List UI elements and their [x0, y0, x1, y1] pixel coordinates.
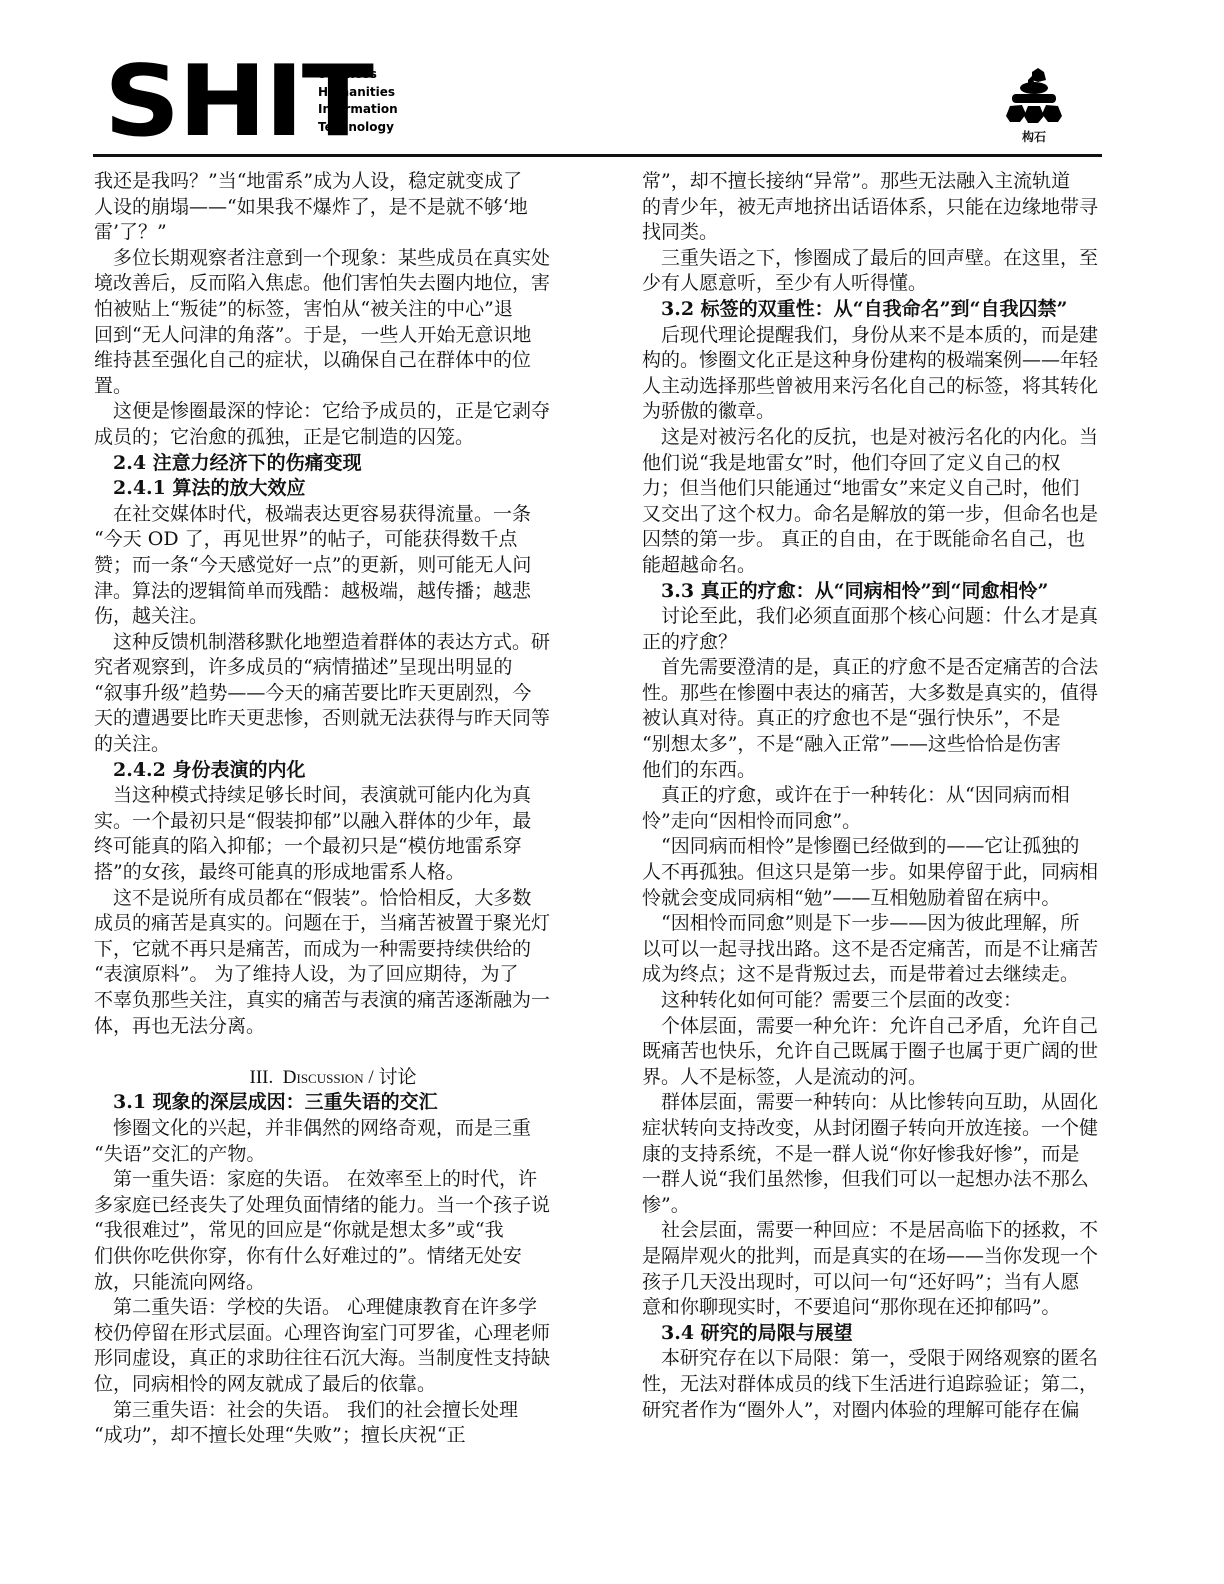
text-line: 真正的疗愈，或许在于一种转化：从“因同病而相	[642, 783, 1120, 809]
text-line: 被认真对待。真正的疗愈也不是“强行快乐”，不是	[642, 706, 1120, 732]
text-line: 下，它就不再只是痛苦，而成为一种需要持续供给的	[94, 937, 572, 963]
text-line: 这种反馈机制潜移默化地塑造着群体的表达方式。研	[94, 630, 572, 656]
text-line: 研究者作为“圈外人”，对圈内体验的理解可能存在偏	[642, 1398, 1120, 1424]
paragraph-transform: 真正的疗愈，或许在于一种转化：从“因同病而相 怜”走向“因相怜而同愈”。	[642, 783, 1120, 834]
text-line: 雷’了？”	[94, 220, 572, 246]
text-line: 这便是惨圈最深的悖论：它给予成员的，正是它剥夺	[94, 399, 572, 425]
stone-pile-mark: 构石	[1002, 66, 1066, 146]
paragraph-heal-together: “因相怜而同愈”则是下一步——因为彼此理解，所 以可以一起寻找出路。这不是否定痛…	[642, 911, 1120, 988]
paragraph-question: 讨论至此，我们必须直面那个核心问题：什么才是真 正的疗愈？	[642, 604, 1120, 655]
paragraph-society-cont: 常”，却不擅长接纳“异常”。那些无法融入主流轨道 的青少年，被无声地挤出话语体系…	[642, 169, 1120, 246]
text-line: 第二重失语：学校的失语。 心理健康教育在许多学	[94, 1295, 572, 1321]
heading-2-4-1: 2.4.1 算法的放大效应	[94, 476, 572, 502]
text-line: 正的疗愈？	[642, 630, 1120, 656]
text-line: 他们说“我是地雷女”时，他们夺回了定义自己的权	[642, 451, 1120, 477]
heading-2-4-2: 2.4.2 身份表演的内化	[94, 758, 572, 784]
text-line: 成员的；它治愈的孤独，正是它制造的囚笼。	[94, 425, 572, 451]
text-line: 搭”的女孩，最终可能真的形成地雷系人格。	[94, 860, 572, 886]
paragraph-identity: 我还是我吗？”当“地雷系”成为人设，稳定就变成了 人设的崩塌——“如果我不爆炸了…	[94, 169, 572, 246]
section-title-en: Discussion	[283, 1067, 364, 1088]
section-separator: /	[364, 1067, 379, 1088]
text-line: 囚禁的第一步。 真正的自由，在于既能命名自己，也	[642, 527, 1120, 553]
left-column: 我还是我吗？”当“地雷系”成为人设，稳定就变成了 人设的崩塌——“如果我不爆炸了…	[94, 169, 572, 1449]
paragraph-how: 这种转化如何可能？需要三个层面的改变：	[642, 988, 1120, 1014]
journal-logo-subtitle: Sciences Humanities Information Technolo…	[318, 66, 398, 136]
text-line: “表演原料”。 为了维持人设，为了回应期待，为了	[94, 962, 572, 988]
heading-3-1: 3.1 现象的深层成因：三重失语的交汇	[94, 1090, 572, 1116]
text-line: 置。	[94, 374, 572, 400]
text-line: 以可以一起寻找出路。这不是否定痛苦，而是不让痛苦	[642, 937, 1120, 963]
text-line: 惨”。	[642, 1193, 1120, 1219]
text-line: 伤，越关注。	[94, 604, 572, 630]
text-line: 个体层面，需要一种允许：允许自己矛盾，允许自己	[642, 1014, 1120, 1040]
text-line: 第一重失语：家庭的失语。 在效率至上的时代，许	[94, 1167, 572, 1193]
paragraph-rise: 惨圈文化的兴起，并非偶然的网络奇观，而是三重 “失语”交汇的产物。	[94, 1116, 572, 1167]
paragraph-resist: 这是对被污名化的反抗，也是对被污名化的内化。当 他们说“我是地雷女”时，他们夺回…	[642, 425, 1120, 579]
text-line: 这种转化如何可能？需要三个层面的改变：	[642, 988, 1120, 1014]
text-line: 性。那些在惨圈中表达的痛苦，大多数是真实的，值得	[642, 681, 1120, 707]
text-line: 第三重失语：社会的失语。 我们的社会擅长处理	[94, 1398, 572, 1424]
stone-pile-icon	[1002, 66, 1066, 128]
text-line: “别想太多”，不是“融入正常”——这些恰恰是伤害	[642, 732, 1120, 758]
journal-header: SHIT Sciences Humanities Information Tec…	[94, 62, 1102, 152]
paragraph-society: 第三重失语：社会的失语。 我们的社会擅长处理 “成功”，却不擅长处理“失败”；擅…	[94, 1398, 572, 1449]
text-line: 意和你聊现实时，不要追问“那你现在还抑郁吗”。	[642, 1295, 1120, 1321]
text-line: 位，同病相怜的网友就成了最后的依靠。	[94, 1372, 572, 1398]
text-line: 多家庭已经丧失了处理负面情绪的能力。当一个孩子说	[94, 1193, 572, 1219]
text-line: 他们的东西。	[642, 758, 1120, 784]
logo-word: Technology	[318, 119, 398, 137]
text-line: 症状转向支持改变，从封闭圈子转向开放连接。一个健	[642, 1116, 1120, 1142]
text-line: 康的支持系统，不是一群人说“你好惨我好惨”，而是	[642, 1142, 1120, 1168]
text-line: 怕被贴上“叛徒”的标签，害怕从“被关注的中心”退	[94, 297, 572, 323]
text-line: “因相怜而同愈”则是下一步——因为彼此理解，所	[642, 911, 1120, 937]
paragraph-individual: 个体层面，需要一种允许：允许自己矛盾，允许自己 既痛苦也快乐，允许自己既属于圈子…	[642, 1014, 1120, 1091]
right-column: 常”，却不擅长接纳“异常”。那些无法融入主流轨道 的青少年，被无声地挤出话语体系…	[642, 169, 1120, 1423]
paragraph-social: 社会层面，需要一种回应：不是居高临下的拯救，不 是隔岸观火的批判，而是真实的在场…	[642, 1218, 1120, 1320]
text-line: 人不再孤独。但这只是第一步。如果停留于此，同病相	[642, 860, 1120, 886]
text-line: 惨圈文化的兴起，并非偶然的网络奇观，而是三重	[94, 1116, 572, 1142]
mark-label: 构石	[1002, 128, 1066, 145]
text-line: 力；但当他们只能通过“地雷女”来定义自己时，他们	[642, 476, 1120, 502]
text-line: 找同类。	[642, 220, 1120, 246]
paragraph-same-illness: “因同病而相怜”是惨圈已经做到的——它让孤独的 人不再孤独。但这只是第一步。如果…	[642, 834, 1120, 911]
text-line: 成为终点；这不是背叛过去，而是带着过去继续走。	[642, 962, 1120, 988]
text-line: 群体层面，需要一种转向：从比惨转向互助，从固化	[642, 1090, 1120, 1116]
paragraph-limits: 本研究存在以下局限：第一，受限于网络观察的匿名 性，无法对群体成员的线下生活进行…	[642, 1346, 1120, 1423]
text-line: 孩子几天没出现时，可以问一句“还好吗”；当有人愿	[642, 1270, 1120, 1296]
text-line: 社会层面，需要一种回应：不是居高临下的拯救，不	[642, 1218, 1120, 1244]
text-line: 人主动选择那些曾被用来污名化自己的标签，将其转化	[642, 374, 1120, 400]
text-line: 后现代理论提醒我们，身份从来不是本质的，而是建	[642, 323, 1120, 349]
text-line: 这不是说所有成员都在“假装”。恰恰相反，大多数	[94, 886, 572, 912]
text-line: 是隔岸观火的批判，而是真实的在场——当你发现一个	[642, 1244, 1120, 1270]
text-line: 怜”走向“因相怜而同愈”。	[642, 809, 1120, 835]
heading-3-4: 3.4 研究的局限与展望	[642, 1321, 1120, 1347]
paragraph-not-pretend: 这不是说所有成员都在“假装”。恰恰相反，大多数 成员的痛苦是真实的。问题在于，当…	[94, 886, 572, 1040]
text-line: 首先需要澄清的是，真正的疗愈不是否定痛苦的合法	[642, 655, 1120, 681]
text-line: 形同虚设，真正的求助往往石沉大海。当制度性支持缺	[94, 1346, 572, 1372]
text-line: 性，无法对群体成员的线下生活进行追踪验证；第二，	[642, 1372, 1120, 1398]
section-numeral: III.	[250, 1067, 274, 1088]
text-line: 体，再也无法分离。	[94, 1014, 572, 1040]
text-line: 本研究存在以下局限：第一，受限于网络观察的匿名	[642, 1346, 1120, 1372]
paragraph-observers: 多位长期观察者注意到一个现象：某些成员在真实处 境改善后，反而陷入焦虑。他们害怕…	[94, 246, 572, 400]
text-line: “我很难过”，常见的回应是“你就是想太多”或“我	[94, 1218, 572, 1244]
text-line: 放，只能流向网络。	[94, 1270, 572, 1296]
text-line: 天的遭遇要比昨天更悲惨，否则就无法获得与昨天同等	[94, 706, 572, 732]
text-line: 我还是我吗？”当“地雷系”成为人设，稳定就变成了	[94, 169, 572, 195]
text-line: 校仍停留在形式层面。心理咨询室门可罗雀，心理老师	[94, 1321, 572, 1347]
text-line: 既痛苦也快乐，允许自己既属于圈子也属于更广阔的世	[642, 1039, 1120, 1065]
text-line: “成功”，却不擅长处理“失败”；擅长庆祝“正	[94, 1423, 572, 1449]
text-line: 又交出了这个权力。命名是解放的第一步，但命名也是	[642, 502, 1120, 528]
text-line: “失语”交汇的产物。	[94, 1142, 572, 1168]
header-rule	[93, 154, 1102, 157]
text-line: 讨论至此，我们必须直面那个核心问题：什么才是真	[642, 604, 1120, 630]
section-heading-discussion: III. Discussion / 讨论	[94, 1065, 572, 1091]
text-line: 的青少年，被无声地挤出话语体系，只能在边缘地带寻	[642, 195, 1120, 221]
paragraph-group: 群体层面，需要一种转向：从比惨转向互助，从固化 症状转向支持改变，从封闭圈子转向…	[642, 1090, 1120, 1218]
logo-word: Information	[318, 101, 398, 119]
paragraph-internalize: 当这种模式持续足够长时间，表演就可能内化为真 实。一个最初只是“假装抑郁”以融入…	[94, 783, 572, 885]
text-line: 实。一个最初只是“假装抑郁”以融入群体的少年，最	[94, 809, 572, 835]
text-line: 在社交媒体时代，极端表达更容易获得流量。一条	[94, 502, 572, 528]
text-line: 究者观察到，许多成员的“病情描述”呈现出明显的	[94, 655, 572, 681]
text-line: 能超越命名。	[642, 553, 1120, 579]
heading-3-2: 3.2 标签的双重性：从“自我命名”到“自我囚禁”	[642, 297, 1120, 323]
text-line: 多位长期观察者注意到一个现象：某些成员在真实处	[94, 246, 572, 272]
paragraph-echo: 三重失语之下，惨圈成了最后的回声壁。在这里，至 少有人愿意听，至少有人听得懂。	[642, 246, 1120, 297]
paragraph-clarify: 首先需要澄清的是，真正的疗愈不是否定痛苦的合法 性。那些在惨圈中表达的痛苦，大多…	[642, 655, 1120, 783]
text-line: 终可能真的陷入抑郁；一个最初只是“模仿地雷系穿	[94, 834, 572, 860]
logo-word: Sciences	[318, 66, 398, 84]
text-line: 津。算法的逻辑简单而残酷：越极端，越传播；越悲	[94, 579, 572, 605]
text-line: 当这种模式持续足够长时间，表演就可能内化为真	[94, 783, 572, 809]
text-line: 成员的痛苦是真实的。问题在于，当痛苦被置于聚光灯	[94, 911, 572, 937]
logo-word: Humanities	[318, 84, 398, 102]
heading-2-4: 2.4 注意力经济下的伤痛变现	[94, 451, 572, 477]
text-line: 怜就会变成同病相“勉”——互相勉励着留在病中。	[642, 886, 1120, 912]
paragraph-algorithm: 在社交媒体时代，极端表达更容易获得流量。一条 “今天 OD 了，再见世界”的帖子…	[94, 502, 572, 630]
section-title-zh: 讨论	[378, 1067, 416, 1088]
paragraph-family: 第一重失语：家庭的失语。 在效率至上的时代，许 多家庭已经丧失了处理负面情绪的能…	[94, 1167, 572, 1295]
text-line: 维持甚至强化自己的症状，以确保自己在群体中的位	[94, 348, 572, 374]
text-line: 人设的崩塌——“如果我不爆炸了，是不是就不够‘地	[94, 195, 572, 221]
paragraph-school: 第二重失语：学校的失语。 心理健康教育在许多学 校仍停留在形式层面。心理咨询室门…	[94, 1295, 572, 1397]
text-line: “今天 OD 了，再见世界”的帖子，可能获得数千点	[94, 527, 572, 553]
paragraph-postmodern: 后现代理论提醒我们，身份从来不是本质的，而是建 构的。惨圈文化正是这种身份建构的…	[642, 323, 1120, 425]
text-line: “叙事升级”趋势——今天的痛苦要比昨天更剧烈，今	[94, 681, 572, 707]
text-line: 的关注。	[94, 732, 572, 758]
text-line: 界。人不是标签，人是流动的河。	[642, 1065, 1120, 1091]
text-line: 境改善后，反而陷入焦虑。他们害怕失去圈内地位，害	[94, 271, 572, 297]
text-line: 赞；而一条“今天感觉好一点”的更新，则可能无人问	[94, 553, 572, 579]
text-line: 为骄傲的徽章。	[642, 399, 1120, 425]
paragraph-paradox: 这便是惨圈最深的悖论：它给予成员的，正是它剥夺 成员的；它治愈的孤独，正是它制造…	[94, 399, 572, 450]
text-line: 少有人愿意听，至少有人听得懂。	[642, 271, 1120, 297]
text-line: 们供你吃供你穿，你有什么好难过的”。情绪无处安	[94, 1244, 572, 1270]
text-line: 构的。惨圈文化正是这种身份建构的极端案例——年轻	[642, 348, 1120, 374]
text-line: 回到“无人问津的角落”。于是，一些人开始无意识地	[94, 323, 572, 349]
text-line: 常”，却不擅长接纳“异常”。那些无法融入主流轨道	[642, 169, 1120, 195]
paragraph-feedback: 这种反馈机制潜移默化地塑造着群体的表达方式。研 究者观察到，许多成员的“病情描述…	[94, 630, 572, 758]
text-line: 这是对被污名化的反抗，也是对被污名化的内化。当	[642, 425, 1120, 451]
heading-3-3: 3.3 真正的疗愈：从“同病相怜”到“同愈相怜”	[642, 579, 1120, 605]
text-line: 不辜负那些关注，真实的痛苦与表演的痛苦逐渐融为一	[94, 988, 572, 1014]
text-line: 一群人说“我们虽然惨，但我们可以一起想办法不那么	[642, 1167, 1120, 1193]
text-line: “因同病而相怜”是惨圈已经做到的——它让孤独的	[642, 834, 1120, 860]
text-line: 三重失语之下，惨圈成了最后的回声壁。在这里，至	[642, 246, 1120, 272]
